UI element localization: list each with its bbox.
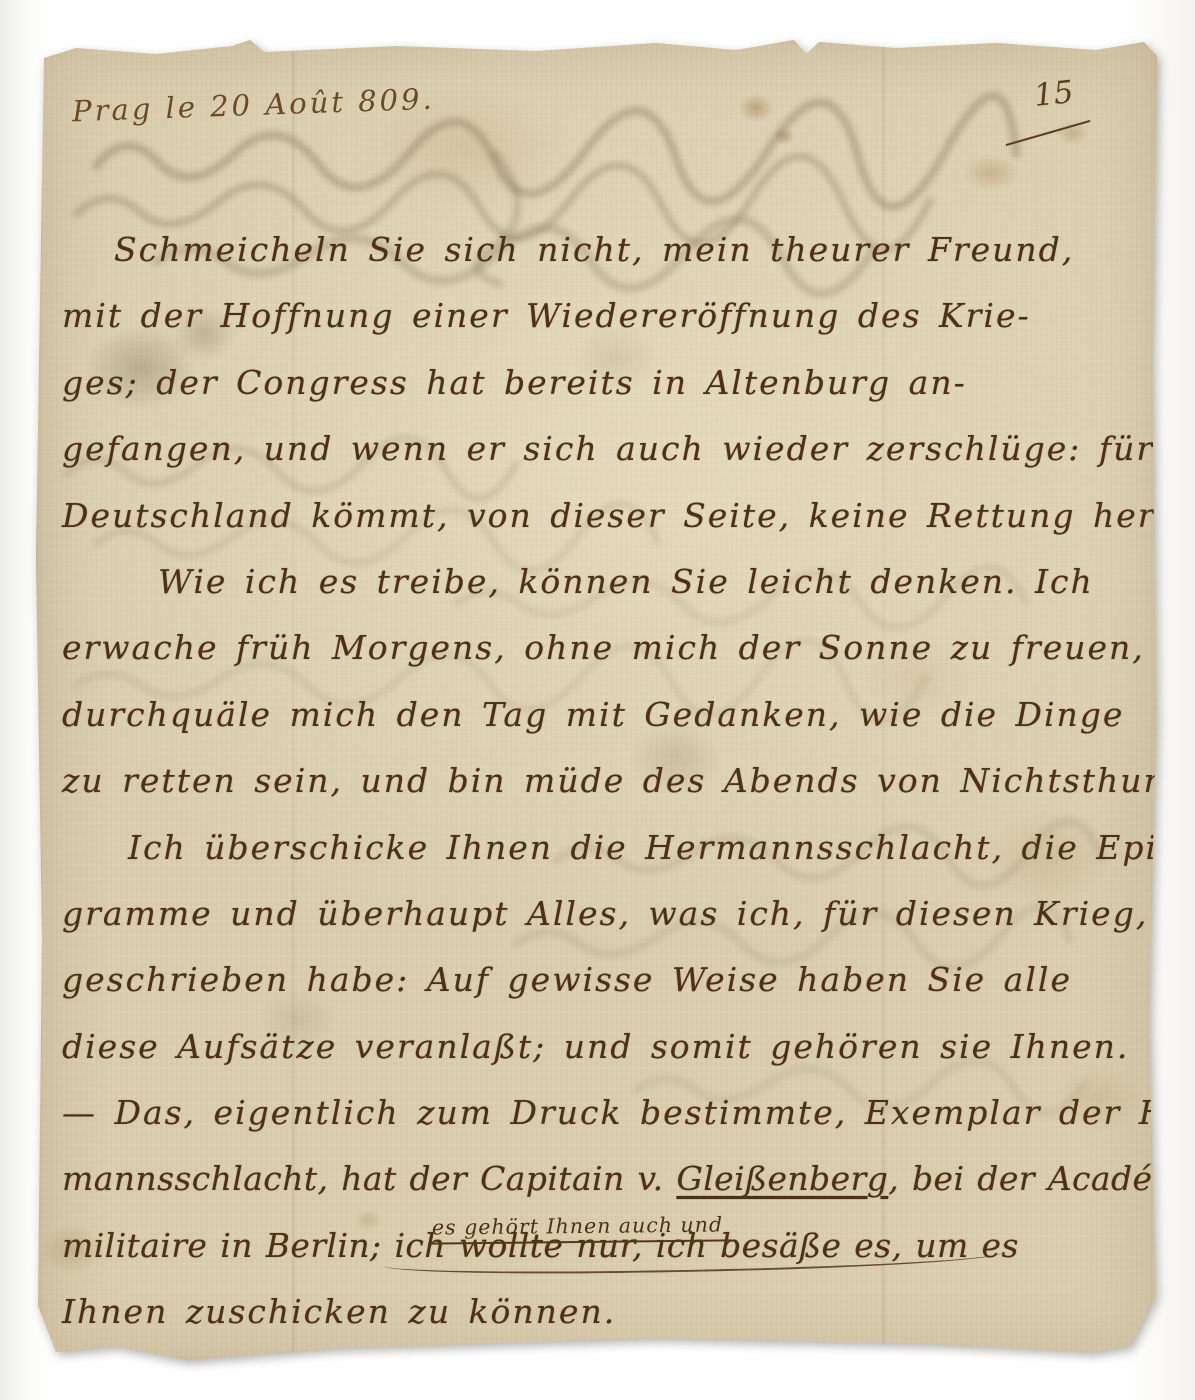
manuscript-line: — Das, eigentlich zum Druck bestimmte, E… bbox=[62, 1093, 1138, 1159]
underlined-name-gleissenberg: Gleißenberg bbox=[676, 1159, 888, 1198]
manuscript-line: zu retten sein, und bin müde des Abends … bbox=[62, 761, 1138, 827]
line-segment: , bei der Académie bbox=[888, 1159, 1195, 1198]
manuscript-line: durchquäle mich den Tag mit Gedanken, wi… bbox=[62, 695, 1138, 761]
dateline: Prag le 20 Août 809. bbox=[72, 82, 436, 129]
manuscript-line: erwache früh Morgens, ohne mich der Sonn… bbox=[62, 628, 1138, 694]
manuscript-line: gramme und überhaupt Alles, was ich, für… bbox=[62, 894, 1138, 960]
letter-body: Schmeicheln Sie sich nicht, mein theurer… bbox=[62, 230, 1138, 1359]
manuscript-line: geschrieben habe: Auf gewisse Weise habe… bbox=[62, 960, 1138, 1026]
manuscript-line: Wie ich es treibe, können Sie leicht den… bbox=[62, 562, 1138, 628]
scan-background: { "letter": { "dateline": "Prag le 20 Ao… bbox=[0, 0, 1195, 1400]
manuscript-line: Ihnen zuschicken zu können. bbox=[62, 1292, 1138, 1358]
folio-underline bbox=[1005, 120, 1090, 146]
interline-insertion: es gehört Ihnen auch und bbox=[428, 1212, 731, 1244]
line-segment: mannsschlacht, hat der Capitain v. bbox=[62, 1159, 676, 1198]
manuscript-page: Prag le 20 Août 809. 15 Schmeicheln Sie … bbox=[36, 38, 1158, 1363]
manuscript-line: Ich überschicke Ihnen die Hermannsschlac… bbox=[62, 828, 1138, 894]
folio-number: 15 bbox=[1032, 74, 1075, 114]
manuscript-line: Schmeicheln Sie sich nicht, mein theurer… bbox=[62, 230, 1138, 296]
manuscript-line: mit der Hoffnung einer Wiedereröffnung d… bbox=[62, 296, 1138, 362]
manuscript-line: Deutschland kömmt, von dieser Seite, kei… bbox=[62, 496, 1138, 562]
manuscript-line: ges; der Congress hat bereits in Altenbu… bbox=[62, 363, 1138, 429]
manuscript-line: diese Aufsätze veranlaßt; und somit gehö… bbox=[62, 1027, 1138, 1093]
manuscript-line: gefangen, und wenn er sich auch wieder z… bbox=[62, 429, 1138, 495]
paper-sheet: Prag le 20 Août 809. 15 Schmeicheln Sie … bbox=[36, 38, 1158, 1363]
